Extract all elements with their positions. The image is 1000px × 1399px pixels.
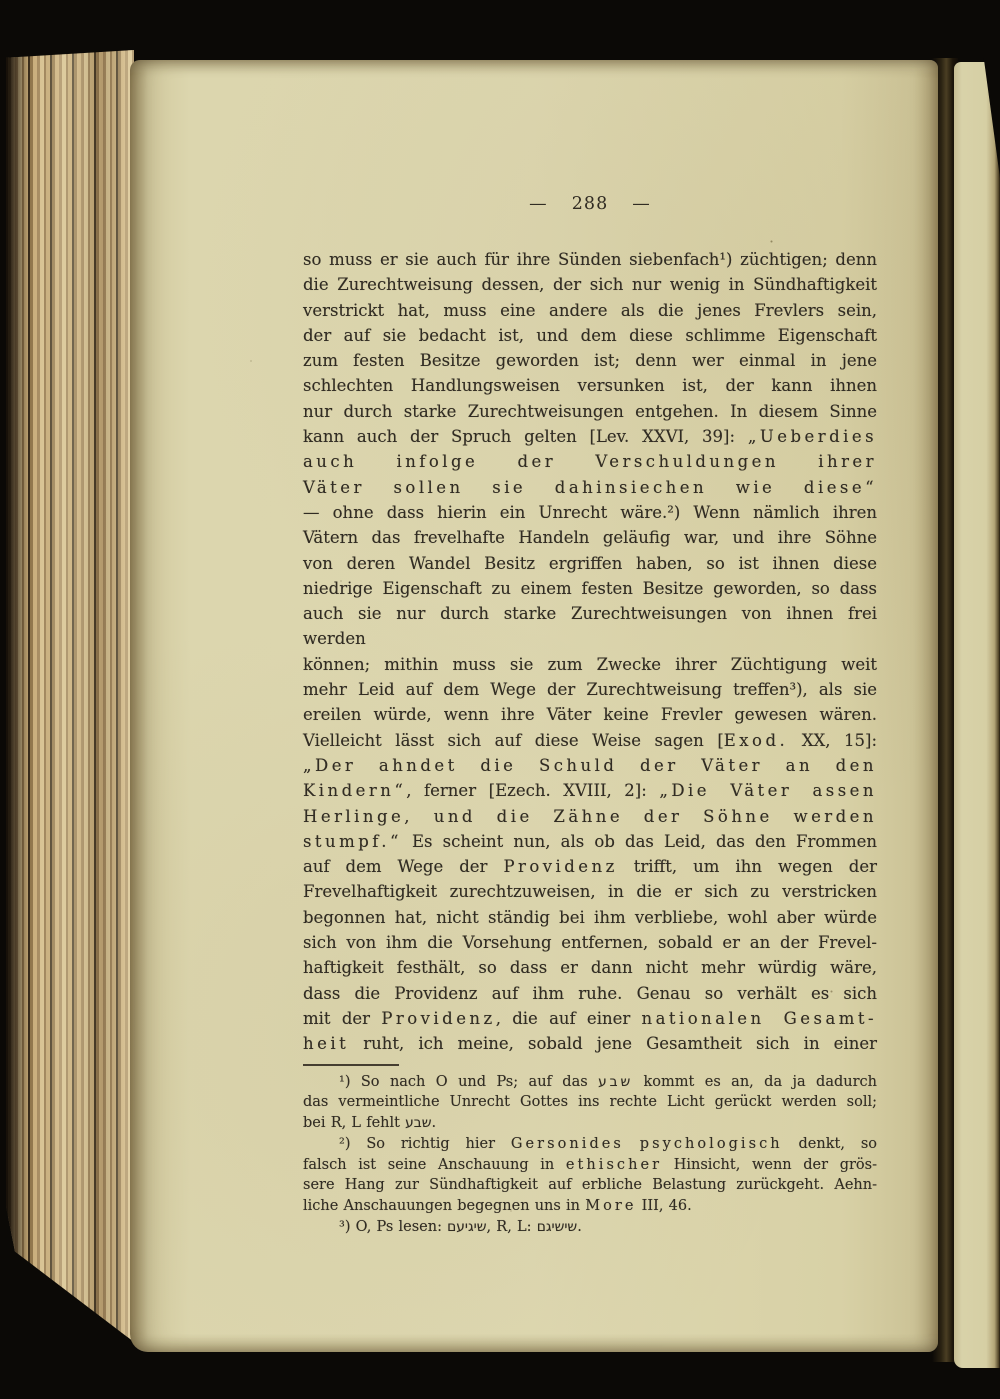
text-line: auch infolge der Verschuldungen ihrer: [303, 449, 877, 474]
text-line: das vermeintliche Unrecht Gottes ins rec…: [303, 1092, 877, 1113]
body-text: so muss er sie auch für ihre Sünden sieb…: [303, 247, 877, 1057]
text-line: dass die Providenz auf ihm ruhe. Genau s…: [303, 981, 877, 1006]
page-number: — 288 —: [303, 192, 877, 217]
text-line: liche Anschauungen begegnen uns in More …: [303, 1196, 877, 1217]
text-line: Frevelhaftigkeit zurechtzuweisen, in die…: [303, 879, 877, 904]
text-line: ²) So richtig hier Gersonides psychologi…: [303, 1134, 877, 1155]
text-line: sere Hang zur Sündhaftigkeit auf erblich…: [303, 1175, 877, 1196]
text-line: heit ruht, ich meine, sobald jene Gesamt…: [303, 1031, 877, 1056]
text-line: ³) O, Ps lesen: שיגיעם, R, L: שישיגם.: [303, 1217, 877, 1238]
text-line: ¹) So nach O und Ps; auf das שבע kommt e…: [303, 1072, 877, 1093]
text-line: verstrickt hat, muss eine andere als die…: [303, 298, 877, 323]
text-line: auf dem Wege der Providenz trifft, um ih…: [303, 854, 877, 879]
text-line: schlechten Handlungsweisen versunken ist…: [303, 373, 877, 398]
footnotes: ¹) So nach O und Ps; auf das שבע kommt e…: [303, 1072, 877, 1238]
text-line: kann auch der Spruch gelten [Lev. XXVI, …: [303, 424, 877, 449]
text-line: begonnen hat, nicht ständig bei ihm verb…: [303, 905, 877, 930]
text-line: „Der ahndet die Schuld der Väter an den: [303, 753, 877, 778]
text-line: Vielleicht lässt sich auf diese Weise sa…: [303, 728, 877, 753]
page-stack-left-edge: [6, 50, 134, 1342]
text-line: so muss er sie auch für ihre Sünden sieb…: [303, 247, 877, 272]
page-number-left-dash: —: [529, 192, 548, 217]
text-line: die Zurechtweisung dessen, der sich nur …: [303, 272, 877, 297]
text-line: ereilen würde, wenn ihre Väter keine Fre…: [303, 702, 877, 727]
facing-page-edge: [954, 62, 1000, 1368]
text-line: stumpf.“ Es scheint nun, als ob das Leid…: [303, 829, 877, 854]
page-number-value: 288: [572, 192, 609, 217]
footnote-separator-rule: [303, 1064, 399, 1066]
text-line: mehr Leid auf dem Wege der Zurechtweisun…: [303, 677, 877, 702]
text-line: zum festen Besitze geworden ist; denn we…: [303, 348, 877, 373]
text-line: bei R, L fehlt שבע.: [303, 1113, 877, 1134]
text-line: niedrige Eigenschaft zu einem festen Bes…: [303, 576, 877, 601]
text-line: von deren Wandel Besitz ergriffen haben,…: [303, 551, 877, 576]
text-line: nur durch starke Zurechtweisungen entgeh…: [303, 399, 877, 424]
text-line: auch sie nur durch starke Zurechtweisung…: [303, 601, 877, 652]
page-number-right-dash: —: [632, 192, 651, 217]
text-line: Vätern das frevelhafte Handeln geläufig …: [303, 525, 877, 550]
book-scan-photo: { "colors":{ "background":"#0b0906", "pa…: [0, 0, 1000, 1399]
text-line: Herlinge, und die Zähne der Söhne werden: [303, 804, 877, 829]
text-line: mit der Providenz, die auf einer nationa…: [303, 1006, 877, 1031]
text-line: — ohne dass hierin ein Unrecht wäre.²) W…: [303, 500, 877, 525]
text-line: sich von ihm die Vorsehung entfernen, so…: [303, 930, 877, 955]
text-line: haftigkeit festhält, so dass er dann nic…: [303, 955, 877, 980]
text-line: falsch ist seine Anschauung in ethischer…: [303, 1155, 877, 1176]
text-line: Väter sollen sie dahinsiechen wie diese“: [303, 475, 877, 500]
text-line: der auf sie bedacht ist, und dem diese s…: [303, 323, 877, 348]
text-line: können; mithin muss sie zum Zwecke ihrer…: [303, 652, 877, 677]
text-line: Kindern“, ferner [Ezech. XVIII, 2]: „Die…: [303, 778, 877, 803]
book-page: — 288 — so muss er sie auch für ihre Sün…: [130, 60, 938, 1352]
